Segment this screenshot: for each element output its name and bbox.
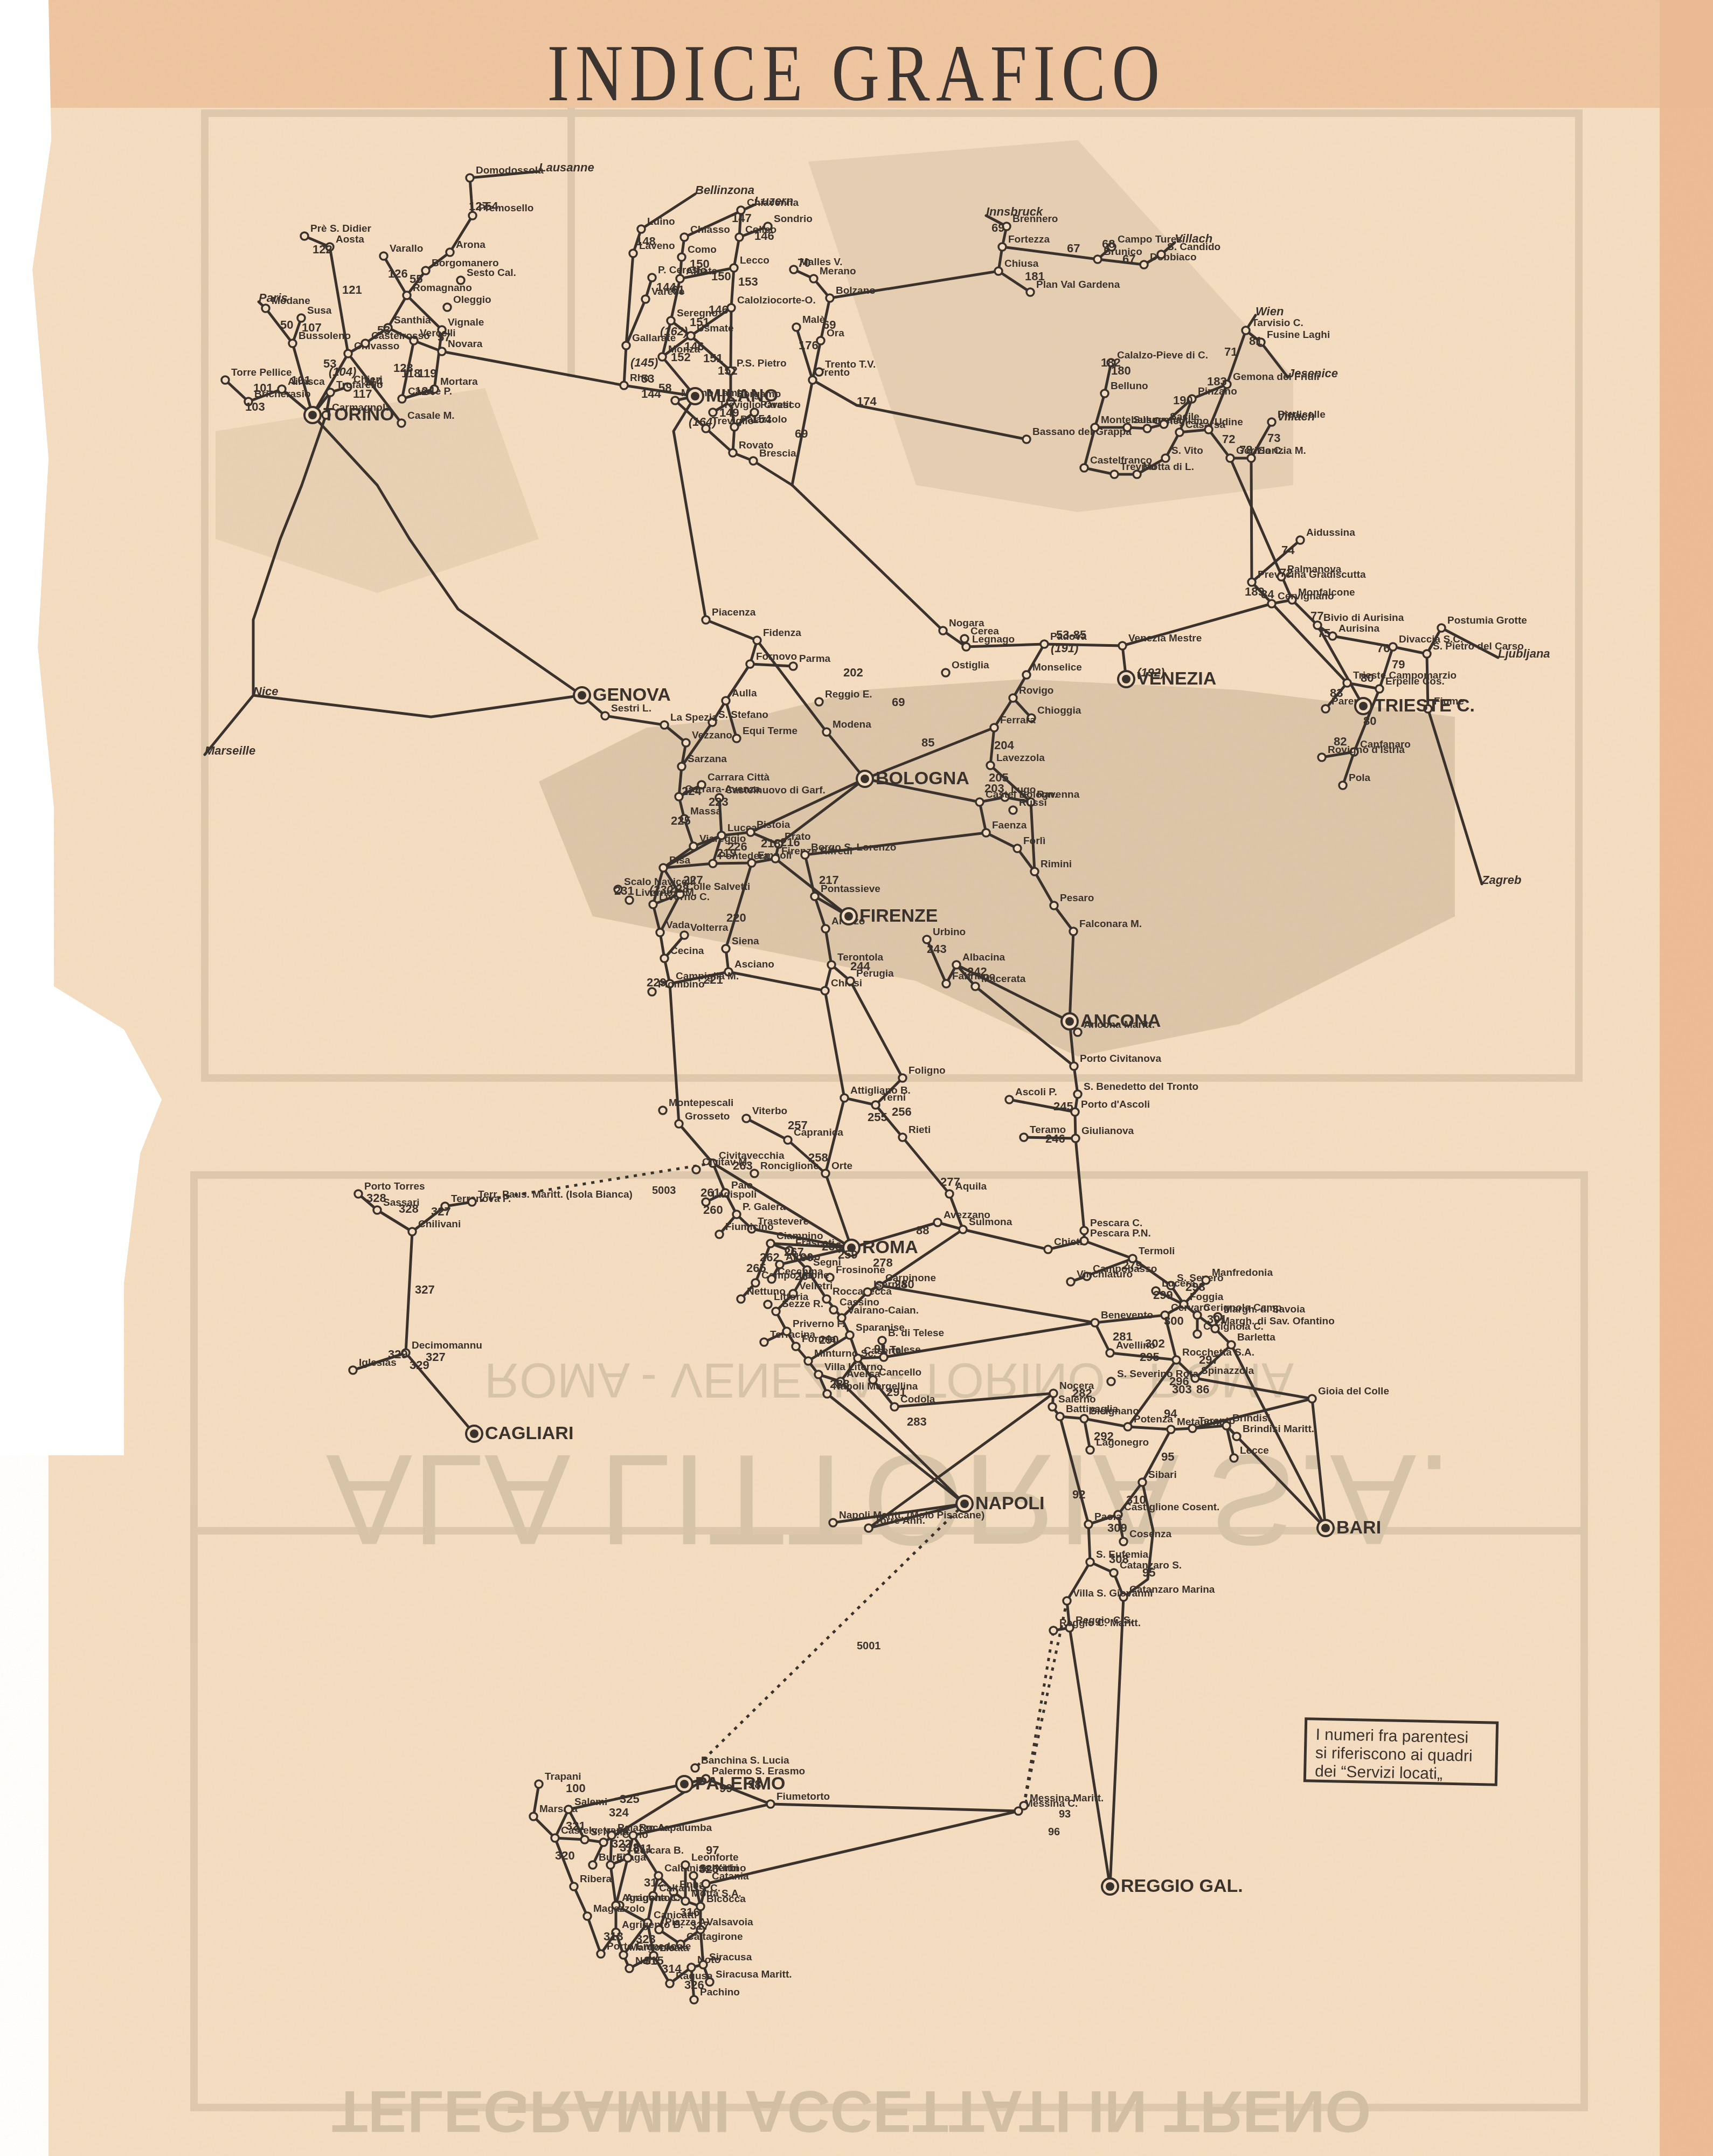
route-number: 150: [690, 257, 710, 271]
station-label: Oleggio: [453, 294, 491, 306]
route-number: 151: [703, 351, 723, 365]
station-marker-icon: [327, 389, 334, 396]
station-label: Valsavoia: [706, 1917, 753, 1928]
route-number: 279: [1122, 1259, 1142, 1272]
station-marker-icon: [620, 382, 628, 389]
route-number: 217: [819, 873, 839, 887]
station-marker-icon: [551, 1834, 559, 1842]
route-number: 265: [746, 1261, 766, 1275]
route-number: 114: [364, 375, 383, 388]
route-number: 55: [410, 272, 422, 286]
route-number: 311: [633, 1842, 653, 1855]
station-label: Piacenza: [712, 607, 756, 618]
station-marker-icon: [678, 763, 685, 770]
station-marker-icon: [1106, 1349, 1114, 1357]
station-marker-icon: [1056, 1413, 1064, 1420]
station-label: Ferrara: [1000, 715, 1036, 726]
station-marker-icon: [815, 1371, 822, 1378]
station-marker-icon: [1205, 426, 1212, 433]
route-number: 329: [388, 1347, 408, 1361]
route-number: 76: [1377, 641, 1390, 655]
route-number: 122: [313, 243, 332, 256]
foreign-destination-label: Ljubljana: [1498, 647, 1550, 660]
station-marker-icon: [629, 250, 637, 257]
station-label: Varallo: [390, 243, 423, 254]
station-label: Bivio di Aurisina: [1323, 612, 1404, 624]
station-marker-icon: [789, 662, 797, 670]
station-label: Udine: [1215, 417, 1243, 428]
station-marker-icon: [1005, 1096, 1013, 1103]
route-number: 69: [991, 221, 1004, 234]
route-number: 226: [727, 840, 747, 853]
legend-line-3: dei “Servizi locati„: [1315, 1763, 1487, 1785]
station-marker-icon: [1389, 643, 1397, 651]
station-marker-icon: [1268, 418, 1275, 426]
station-marker-icon: [535, 1780, 543, 1788]
station-label: Merano: [820, 266, 856, 277]
route-number: 314: [662, 1962, 682, 1975]
station-marker-icon: [1023, 436, 1030, 443]
route-number: 259: [838, 1248, 858, 1261]
route-number: 277: [940, 1175, 960, 1188]
route-number: 91: [874, 1342, 887, 1356]
station-marker-icon: [570, 1883, 578, 1890]
route-number: 325: [620, 1792, 640, 1806]
station-label: P.S. Pietro: [737, 358, 787, 369]
station-marker-icon: [990, 724, 998, 731]
station-marker-icon: [823, 728, 830, 736]
city-label: REGGIO GAL.: [1121, 1876, 1243, 1896]
station-marker-icon: [826, 294, 834, 302]
station-marker-icon: [1123, 424, 1131, 431]
foreign-destination-label: Villach: [1175, 232, 1212, 245]
station-marker-icon: [1101, 390, 1108, 397]
route-number: 257: [788, 1118, 808, 1132]
station-marker-icon: [301, 232, 308, 240]
station-label: Aurisina: [1339, 623, 1379, 634]
route-number: 309: [1107, 1521, 1127, 1535]
station-marker-icon: [768, 1275, 775, 1283]
station-marker-icon: [1339, 782, 1347, 789]
station-label: Volterra: [690, 922, 729, 934]
station-marker-icon: [972, 983, 979, 990]
route-number: 94: [1164, 1407, 1177, 1420]
route-number: 101: [291, 374, 311, 387]
route-number: 258: [808, 1151, 828, 1164]
station-marker-icon: [626, 1965, 633, 1972]
station-marker-icon: [1233, 1433, 1240, 1440]
station-label: Grosseto: [685, 1111, 730, 1122]
station-marker-icon: [687, 332, 695, 340]
station-marker-icon: [344, 350, 352, 357]
station-marker-icon: [1438, 624, 1445, 632]
route-number: 282: [1072, 1386, 1092, 1400]
station-label: Porto Torres: [364, 1181, 425, 1192]
route-number: 80: [1363, 714, 1376, 728]
station-label: Macerata: [981, 973, 1026, 985]
station-marker-icon: [716, 1231, 723, 1238]
station-marker-icon: [1086, 1446, 1094, 1454]
station-label: Ostiglia: [952, 660, 989, 671]
station-marker-icon: [565, 1806, 572, 1813]
station-marker-icon: [262, 305, 269, 312]
station-label: Bolzano: [836, 285, 876, 296]
foreign-destination-label: Jesenice: [1288, 367, 1338, 380]
route-number: 326: [699, 1862, 719, 1876]
station-marker-icon: [380, 252, 387, 260]
route-number: 328: [399, 1202, 419, 1215]
station-marker-icon: [746, 660, 754, 668]
station-marker-icon: [1119, 642, 1126, 649]
station-marker-icon: [675, 1120, 683, 1128]
station-marker-icon: [823, 1390, 831, 1398]
station-marker-icon: [678, 253, 685, 261]
station-marker-icon: [822, 1170, 829, 1177]
route-number: 320: [555, 1849, 575, 1862]
route-number: 53: [641, 372, 654, 385]
route-number: 74: [1281, 543, 1295, 557]
city-dot-icon: [861, 775, 869, 783]
foreign-destination-label: Marseille: [205, 744, 255, 757]
route-number: 144: [641, 387, 661, 400]
station-marker-icon: [792, 1343, 800, 1350]
route-number: 313: [604, 1930, 623, 1943]
station-marker-icon: [821, 987, 829, 994]
station-label: Tarvisio C.: [1252, 317, 1303, 329]
station-marker-icon: [815, 698, 823, 706]
station-label: Sesto Cal.: [467, 267, 516, 279]
station-label: Trapani: [545, 1771, 581, 1782]
foreign-destination-label: Lausanne: [539, 161, 594, 174]
city-dot-icon: [1122, 675, 1131, 683]
station-marker-icon: [748, 859, 755, 867]
station-label: Pola: [1349, 772, 1371, 784]
station-marker-icon: [469, 212, 476, 219]
route-number: 73: [1267, 431, 1280, 445]
station-label: Lecco: [740, 255, 769, 266]
route-number: 299: [1153, 1288, 1173, 1302]
station-label: Fortezza: [1008, 234, 1050, 245]
sea-route-number: 5001: [857, 1640, 881, 1652]
station-label: S. Benedetto del Tronto: [1084, 1081, 1198, 1093]
station-marker-icon: [1230, 1454, 1238, 1462]
route-number: 190: [1173, 393, 1193, 407]
station-marker-icon: [1091, 1319, 1099, 1326]
station-marker-icon: [942, 669, 949, 676]
station-label: Pescara P.N.: [1090, 1228, 1151, 1239]
station-marker-icon: [805, 1357, 812, 1365]
station-marker-icon: [607, 1861, 614, 1869]
station-label: Pistoia: [757, 819, 790, 831]
station-label: Termoli: [1139, 1246, 1175, 1257]
station-label: Siena: [732, 936, 759, 947]
station-label: Terr. Paus. Maritt. (Isola Bianca): [478, 1189, 633, 1200]
route-number: 147: [732, 211, 752, 225]
route-number: 151: [690, 315, 710, 329]
station-marker-icon: [656, 929, 664, 936]
station-label: Equi Terme: [743, 725, 797, 737]
station-marker-icon: [1162, 454, 1169, 462]
station-marker-icon: [1020, 1802, 1028, 1809]
route-number: 218: [761, 837, 781, 850]
station-marker-icon: [1133, 471, 1141, 478]
station-marker-icon: [838, 1314, 845, 1322]
route-number: 223: [709, 795, 729, 808]
station-marker-icon: [1226, 454, 1234, 462]
station-marker-icon: [443, 303, 451, 311]
station-marker-icon: [962, 643, 970, 651]
station-marker-icon: [1020, 1134, 1028, 1141]
station-label: Rimini: [1041, 859, 1072, 870]
station-marker-icon: [649, 901, 657, 908]
station-marker-icon: [1050, 902, 1058, 909]
station-label: Como: [688, 244, 717, 255]
station-label: Motta di L.: [1143, 461, 1194, 473]
station-marker-icon: [446, 248, 454, 256]
station-label: Cervignano: [1278, 591, 1334, 602]
city-dot-icon: [960, 1499, 969, 1508]
route-number: 267: [784, 1245, 804, 1259]
station-marker-icon: [1049, 1403, 1056, 1411]
station-marker-icon: [987, 762, 994, 769]
route-number: 290: [819, 1333, 839, 1346]
route-number: 181: [1025, 269, 1045, 283]
legend-note-box: I numeri fra parentesi si riferiscono ai…: [1303, 1717, 1499, 1786]
route-number: 53-85: [1056, 628, 1086, 641]
station-marker-icon: [727, 304, 735, 312]
route-number: 180: [1111, 364, 1131, 377]
route-number: (145): [630, 356, 658, 369]
station-label: Susa: [307, 305, 332, 316]
station-marker-icon: [959, 1226, 967, 1233]
station-label: Casale M.: [407, 410, 455, 421]
city-label: ANCONA: [1080, 1011, 1161, 1031]
station-label: Aosta: [336, 234, 364, 245]
route-number: 310: [1126, 1493, 1146, 1507]
station-label: Magazzolo: [593, 1903, 645, 1915]
station-label: Decimomannu: [412, 1340, 482, 1351]
city-dot-icon: [1106, 1882, 1114, 1891]
station-marker-icon: [682, 739, 690, 747]
route-number: 183: [1207, 375, 1227, 388]
route-number: 88: [916, 1224, 929, 1237]
city-dot-icon: [1359, 702, 1368, 710]
station-marker-icon: [1110, 1569, 1118, 1577]
station-marker-icon: [747, 828, 754, 836]
ghost-banner-text: TELEGRAMMI ACCETTATI IN TRENO: [332, 2078, 1371, 2145]
route-number: 101: [253, 381, 273, 395]
route-number: 321: [566, 1819, 586, 1833]
station-marker-icon: [1080, 1415, 1088, 1422]
station-marker-icon: [1091, 424, 1099, 431]
station-label: Sezze R.: [782, 1298, 823, 1310]
route-number: 221: [703, 973, 723, 986]
route-number: 203: [984, 782, 1004, 795]
route-number: 220: [726, 911, 746, 924]
station-label: Prè S. Didier: [310, 223, 372, 234]
station-label: Cerea: [970, 626, 999, 637]
foreign-destination-label: Nice: [253, 685, 278, 698]
route-number: 119: [418, 367, 437, 380]
station-label: Lecce: [1240, 1445, 1269, 1456]
station-marker-icon: [1318, 754, 1326, 761]
station-label: Siracusa: [709, 1952, 752, 1963]
sea-route-number: 5003: [652, 1185, 676, 1197]
station-marker-icon: [1023, 671, 1030, 679]
station-label: Barletta: [1237, 1332, 1275, 1343]
station-marker-icon: [809, 376, 816, 384]
station-label: Luino: [647, 216, 675, 227]
station-marker-icon: [682, 1861, 689, 1869]
route-number: 61: [671, 283, 684, 296]
station-marker-icon: [942, 980, 950, 987]
station-label: Russi: [1019, 797, 1047, 808]
station-marker-icon: [659, 1107, 667, 1114]
route-number: 242: [967, 965, 987, 978]
station-label: Brindisi Maritt.: [1243, 1423, 1314, 1435]
route-number: 204: [994, 738, 1014, 752]
station-marker-icon: [733, 1211, 740, 1218]
station-label: Sibari: [1148, 1469, 1177, 1481]
station-label: Porto Civitanova: [1080, 1053, 1161, 1065]
station-marker-icon: [998, 243, 1006, 251]
route-number: 126: [388, 267, 408, 280]
station-label: Arona: [456, 239, 486, 251]
station-label: Aulla: [732, 688, 757, 699]
station-label: Pisa: [669, 855, 691, 866]
station-label: Cancello: [879, 1367, 921, 1378]
station-label: Postumia Grotte: [1447, 615, 1527, 626]
route-number: 53: [377, 323, 390, 337]
station-label: Pachino: [700, 1987, 740, 1998]
station-marker-icon: [581, 1836, 588, 1843]
station-marker-icon: [828, 961, 835, 969]
route-number: (230): [649, 883, 677, 896]
station-marker-icon: [767, 1240, 774, 1247]
station-marker-icon: [841, 1094, 848, 1102]
route-number: (191): [1051, 641, 1078, 655]
station-marker-icon: [953, 961, 960, 969]
station-marker-icon: [1086, 1558, 1094, 1566]
route-number: 323: [636, 1932, 656, 1946]
station-marker-icon: [1242, 327, 1250, 334]
station-marker-icon: [982, 829, 990, 837]
station-label: Trento T.V.: [825, 359, 876, 370]
station-marker-icon: [764, 1301, 772, 1308]
route-number: 99: [719, 1781, 732, 1795]
station-label: Albacina: [962, 952, 1005, 963]
page-title: INDICE GRAFICO: [154, 27, 1559, 120]
station-marker-icon: [530, 1813, 537, 1820]
station-label: Belluno: [1111, 381, 1148, 392]
station-marker-icon: [1176, 429, 1183, 436]
station-marker-icon: [676, 275, 684, 282]
station-label: S. Vito: [1171, 445, 1203, 457]
station-label: Chilivani: [418, 1219, 461, 1230]
station-label: Chieti: [1054, 1236, 1083, 1248]
station-marker-icon: [846, 1331, 854, 1339]
station-marker-icon: [899, 1074, 906, 1082]
station-marker-icon: [1308, 1395, 1316, 1402]
city-dot-icon: [844, 912, 853, 921]
route-number: (192): [1137, 666, 1164, 679]
station-label: Torre Ann.: [875, 1515, 925, 1526]
route-number: 150: [711, 269, 731, 283]
station-marker-icon: [829, 1519, 837, 1526]
station-marker-icon: [702, 616, 710, 624]
foreign-destination-label: Zagreb: [1481, 873, 1521, 887]
route-number: 69: [795, 427, 808, 440]
route-number: 121: [342, 283, 362, 296]
station-marker-icon: [624, 1854, 632, 1862]
station-label: Aquila: [955, 1181, 987, 1192]
station-label: Castelnuovo di Garf.: [725, 785, 826, 796]
station-marker-icon: [810, 275, 817, 282]
station-marker-icon: [1376, 685, 1383, 693]
route-number: 246: [1045, 1132, 1065, 1145]
station-marker-icon: [666, 1980, 674, 1987]
station-label: Sulmona: [969, 1217, 1012, 1228]
city-dot-icon: [470, 1429, 478, 1438]
city-dot-icon: [578, 691, 586, 700]
station-label: Malè: [802, 314, 825, 326]
route-number: (164): [689, 415, 716, 429]
route-number: 92: [1072, 1488, 1085, 1501]
route-number: 57: [438, 330, 450, 344]
station-label: Orte: [831, 1160, 852, 1172]
city-dot-icon: [680, 1780, 689, 1788]
station-label: Spinazzola: [1201, 1365, 1254, 1377]
station-label: Chiasso: [690, 224, 730, 236]
city-label: ROMA: [862, 1237, 918, 1257]
station-marker-icon: [600, 1839, 607, 1846]
route-number: 103: [245, 400, 265, 413]
station-label: Fidenza: [763, 627, 801, 639]
route-number: 69: [823, 318, 836, 331]
route-number: 308: [1109, 1552, 1129, 1566]
station-label: Bicocca: [706, 1894, 746, 1905]
station-marker-icon: [699, 1961, 707, 1968]
station-marker-icon: [1074, 1090, 1081, 1098]
station-marker-icon: [1322, 705, 1329, 713]
route-number: 301: [1207, 1312, 1227, 1326]
route-number: 149: [719, 406, 739, 419]
foreign-destination-label: Wien: [1256, 305, 1284, 318]
station-label: Pescara C.: [1090, 1218, 1142, 1229]
station-label: Monselice: [1032, 662, 1082, 673]
route-number: 243: [927, 942, 947, 956]
station-marker-icon: [1063, 1597, 1071, 1605]
station-label: Montepescali: [669, 1097, 733, 1109]
city-label: MILANO: [706, 385, 778, 406]
city-label: PALERMO: [695, 1773, 785, 1794]
route-number: 70: [797, 256, 810, 269]
route-number: 292: [1094, 1429, 1114, 1443]
route-number: 312: [644, 1876, 664, 1889]
station-marker-icon: [1167, 1426, 1175, 1433]
station-marker-icon: [691, 1764, 699, 1772]
foreign-destination-label: Paris: [259, 291, 288, 305]
station-marker-icon: [1041, 640, 1048, 648]
station-marker-icon: [1107, 1378, 1115, 1385]
station-marker-icon: [946, 1190, 953, 1198]
station-label: Salemi: [574, 1796, 607, 1808]
station-marker-icon: [362, 340, 369, 347]
station-label: Torre Pellice: [231, 367, 292, 378]
route-number: 328: [366, 1191, 386, 1205]
station-marker-icon: [709, 860, 717, 867]
station-label: Falconara M.: [1079, 918, 1142, 930]
